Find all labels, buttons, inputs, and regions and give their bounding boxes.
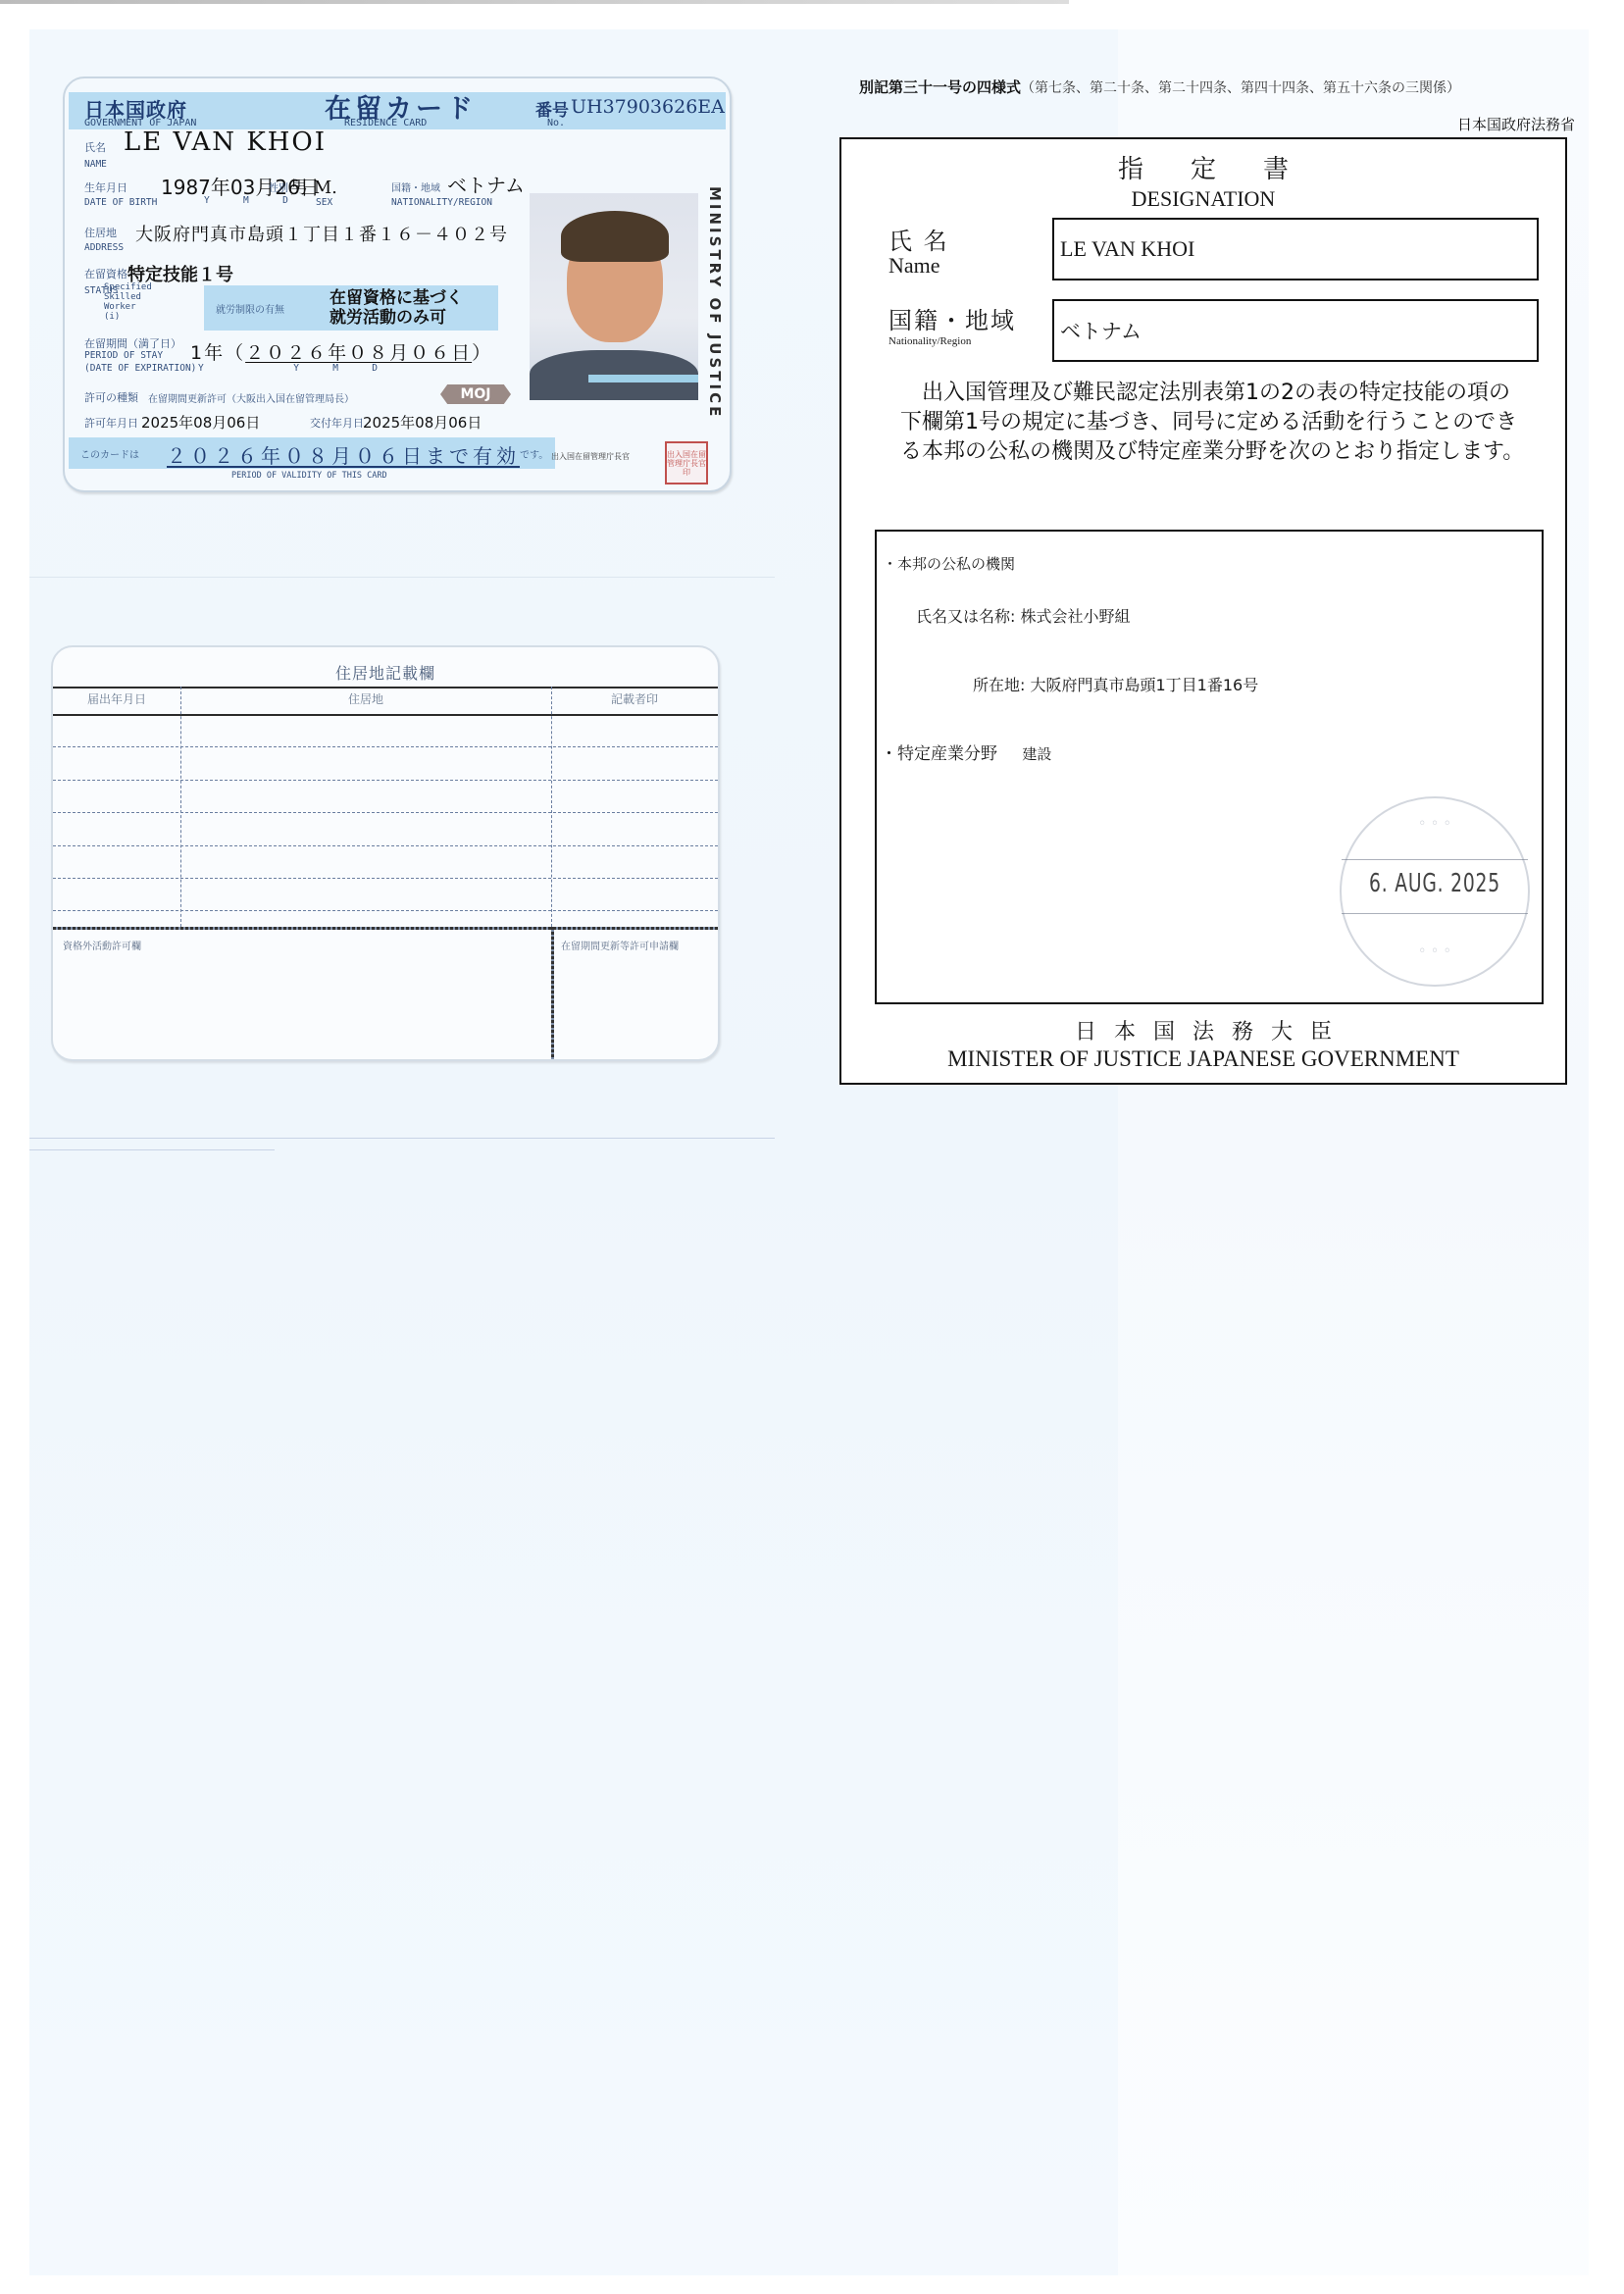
col-address: 住居地: [180, 690, 551, 707]
issue-date-label: 交付年月日: [310, 415, 364, 431]
period-years: 1年: [190, 342, 225, 364]
address-record-row: [53, 746, 718, 747]
org-address: 大阪府門真市島頭1丁目1番16号: [1031, 676, 1259, 694]
form-number: 別記第三十一号の四様式: [859, 78, 1021, 96]
divider: [29, 1149, 275, 1150]
photo-hologram-stripe: [588, 375, 698, 382]
sex: 男 M.: [290, 174, 337, 199]
org-name-label: 氏名又は名称:: [916, 607, 1015, 626]
period-of-stay: 1年（２０２６年０８月０６日）: [190, 338, 492, 365]
work-restriction-value: 在留資格に基づく 就労活動のみ可: [330, 288, 463, 328]
nationality-label-en: NATIONALITY/REGION: [391, 197, 492, 208]
moj-badge: MOJ: [440, 384, 511, 404]
col-date: 届出年月日: [53, 690, 180, 707]
permission-date-label: 許可年月日: [84, 415, 138, 431]
photo-hair: [561, 211, 669, 262]
address-record-row: [53, 845, 718, 846]
holder-name: LE VAN KHOI: [124, 127, 327, 157]
period-ymd: Y Y M D: [198, 363, 378, 374]
extra-activity-label: 資格外活動許可欄: [63, 938, 141, 952]
residence-card-back: 住居地記載欄 届出年月日 住居地 記載者印 資格外活動許可欄 在留期間更新等許可…: [51, 645, 720, 1061]
designation-title-en: DESIGNATION: [841, 186, 1565, 212]
col-recorder-seal: 記載者印: [551, 690, 718, 707]
dob-label-en: DATE OF BIRTH: [84, 197, 157, 208]
form-reference: 別記第三十一号の四様式（第七条、第二十条、第二十四条、第四十四条、第五十六条の三…: [859, 76, 1460, 97]
issuer: 出入国在留管理庁長官: [551, 451, 630, 462]
holder-photo: [530, 193, 698, 400]
period-label-jp: 在留期間（満了日）: [84, 335, 181, 351]
sex-label-en: SEX: [316, 197, 332, 208]
name-label-jp: 氏 名: [888, 222, 949, 256]
address-label-jp: 住居地: [84, 225, 117, 240]
designated-organization-box: ・本邦の公私の機関 氏名又は名称: 株式会社小野組 所在地: 大阪府門真市島頭1…: [875, 530, 1544, 1004]
work-restriction-label: 就労制限の有無: [216, 301, 284, 316]
org-name-row: 氏名又は名称: 株式会社小野組: [916, 604, 1131, 627]
org-address-label: 所在地:: [973, 676, 1025, 694]
sex-label-jp: 性別: [269, 179, 288, 194]
nationality: ベトナム: [447, 170, 525, 198]
address-record-row: [53, 780, 718, 781]
validity-suffix: です。: [520, 446, 548, 461]
minister-jp: 日本国法務大臣: [841, 1015, 1565, 1045]
ministry-header: 日本国政府法務省: [1457, 114, 1575, 134]
date-stamp: ◦ ◦ ◦ 6. AUG. 2025 ◦ ◦ ◦: [1340, 796, 1530, 987]
address-record-title: 住居地記載欄: [53, 661, 718, 684]
section-separator-vertical: [551, 927, 554, 1059]
dob-ymd: Y M D: [204, 195, 288, 206]
address-record-row: [53, 878, 718, 879]
name-label-en: NAME: [84, 159, 107, 170]
stamp-ring-bottom: ◦ ◦ ◦: [1342, 943, 1528, 959]
name-label-en: Name: [888, 253, 940, 279]
designation-body-text: 出入国管理及び難民認定法別表第1の2の表の特定技能の項の下欄第1号の規定に基づき…: [900, 379, 1528, 467]
nationality-label-jp: 国籍・地域: [888, 301, 1016, 335]
card-title-en: RESIDENCE CARD: [344, 118, 427, 128]
field-row: ・特定産業分野 建設: [881, 739, 1051, 764]
status-label-jp: 在留資格: [84, 266, 127, 281]
period-label-en: PERIOD OF STAY: [84, 350, 163, 361]
col-divider: [551, 687, 552, 927]
validity-prefix: このカードは: [80, 446, 139, 461]
status-en: Specified Skilled Worker (i): [104, 282, 152, 322]
org-section-label: ・本邦の公私の機関: [883, 553, 1015, 574]
dob-label-jp: 生年月日: [84, 179, 127, 195]
work-restriction-box: 就労制限の有無 在留資格に基づく 就労活動のみ可: [204, 285, 498, 331]
ministry-side-text: MINISTRY OF JUSTICE: [704, 186, 724, 419]
address-label-en: ADDRESS: [84, 242, 124, 253]
form-articles: （第七条、第二十条、第二十四条、第四十四条、第五十六条の三関係）: [1021, 80, 1460, 96]
designated-name: LE VAN KHOI: [1060, 236, 1194, 262]
org-address-row: 所在地: 大阪府門真市島頭1丁目1番16号: [973, 673, 1258, 695]
nationality-field: ベトナム: [1052, 299, 1539, 362]
designated-nationality: ベトナム: [1060, 316, 1142, 345]
designation-title-jp: 指定書: [841, 149, 1565, 185]
renewal-application-label: 在留期間更新等許可申請欄: [561, 938, 679, 952]
header-rule-bottom: [53, 714, 718, 716]
card-validity: ２０２６年０８月０６日まで有効: [167, 440, 520, 469]
divider: [29, 577, 775, 578]
work-restriction-line1: 在留資格に基づく: [330, 288, 463, 308]
designation-document: 指定書 DESIGNATION 氏 名 Name LE VAN KHOI 国籍・…: [839, 137, 1567, 1085]
card-number-label-en: No.: [547, 118, 565, 128]
industry-field-label: ・特定産業分野: [881, 744, 997, 764]
permission-type: 在留期間更新許可（大阪出入国在留管理局長）: [148, 390, 354, 405]
address-record-row: [53, 910, 718, 911]
industry-field: 建設: [1022, 745, 1051, 763]
nationality-label-jp: 国籍・地域: [391, 179, 440, 194]
stamp-date: 6. AUG. 2025: [1360, 869, 1509, 898]
col-divider: [180, 687, 181, 927]
stamp-ring-top: ◦ ◦ ◦: [1342, 816, 1528, 832]
name-field: LE VAN KHOI: [1052, 218, 1539, 280]
divider: [29, 1138, 775, 1139]
address: 大阪府門真市島頭１丁目１番１６－４０２号: [135, 221, 508, 246]
name-label-jp: 氏名: [84, 139, 106, 155]
validity-band: このカードは ２０２６年０８月０６日まで有効 です。: [69, 437, 555, 469]
nationality-label-en: Nationality/Region: [888, 335, 971, 347]
permission-date: 2025年08月06日: [141, 412, 260, 433]
expiry-date: ２０２６年０８月０６日: [245, 342, 472, 364]
validity-label-en: PERIOD OF VALIDITY OF THIS CARD: [231, 471, 387, 481]
section-separator: [53, 927, 718, 930]
org-name: 株式会社小野組: [1021, 607, 1131, 626]
minister-en: MINISTER OF JUSTICE JAPANESE GOVERNMENT: [841, 1046, 1565, 1072]
residence-card-front: 日本国政府 GOVERNMENT OF JAPAN 在留カード RESIDENC…: [63, 76, 732, 492]
card-number: UH37903626EA: [571, 96, 725, 118]
official-seal: 出入国在留管理庁長官印: [665, 441, 708, 484]
scan-edge: [0, 0, 1069, 4]
issue-date: 2025年08月06日: [363, 412, 482, 433]
header-rule-top: [53, 687, 718, 688]
period-label-en2: (DATE OF EXPIRATION): [84, 363, 196, 374]
address-record-row: [53, 812, 718, 813]
work-restriction-line2: 就労活動のみ可: [330, 308, 463, 328]
permission-type-label: 許可の種類: [84, 389, 138, 405]
